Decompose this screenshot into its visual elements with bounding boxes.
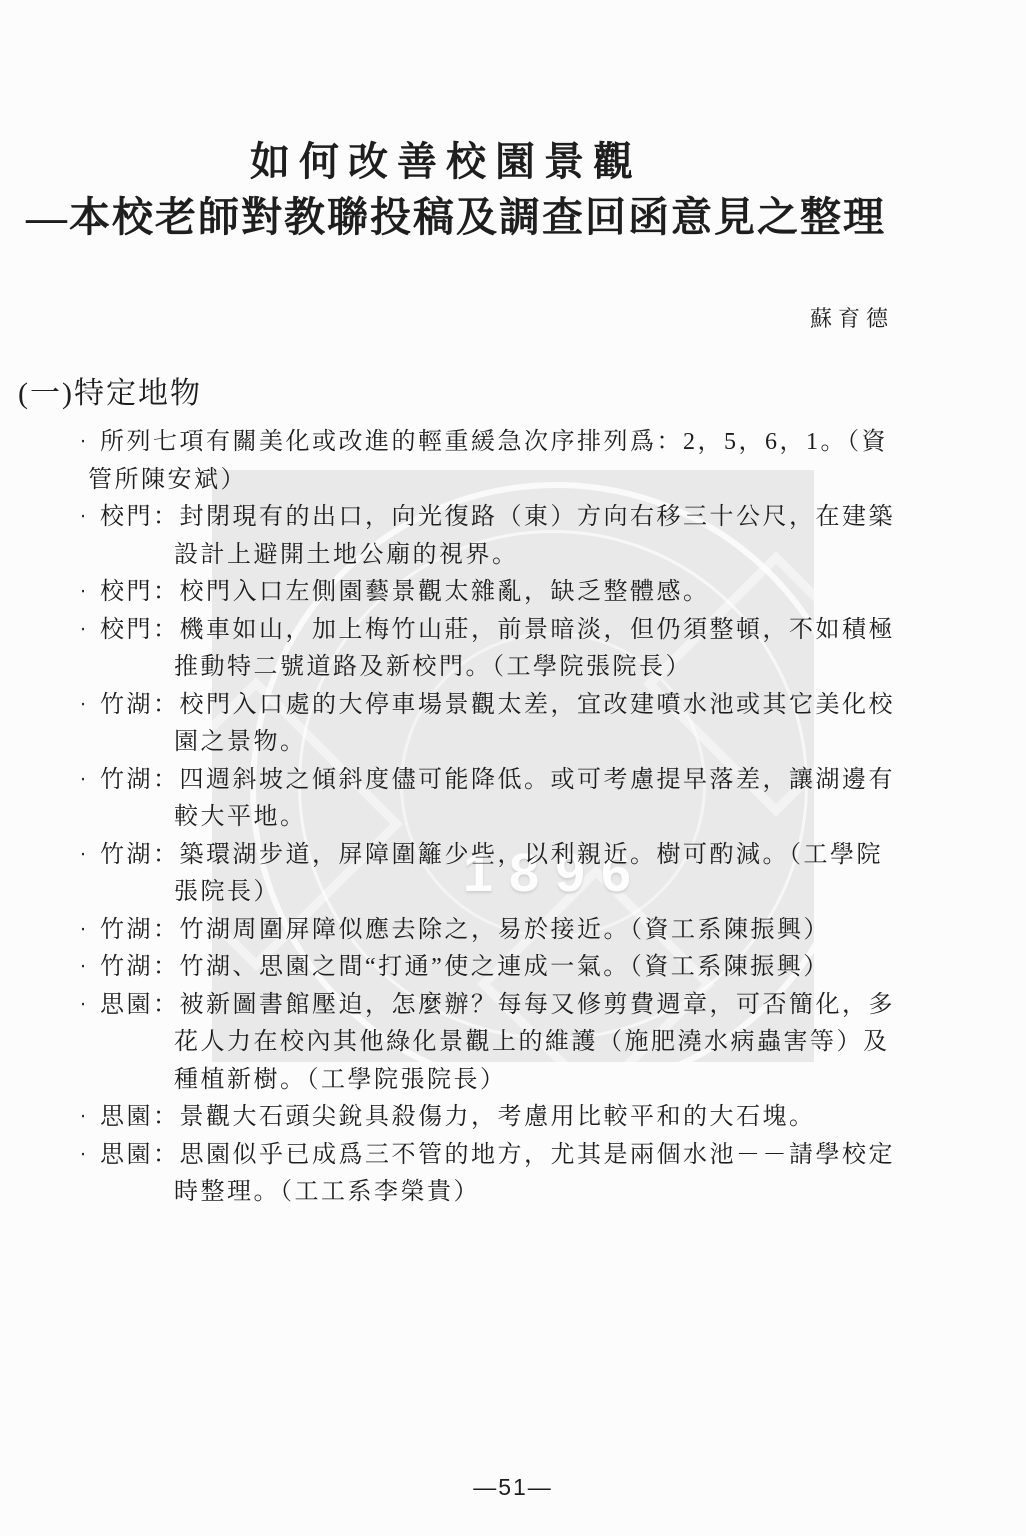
bullet-text: 校門：校門入口左側園藝景觀太雜亂，缺乏整體感。: [100, 579, 710, 605]
bullet-line: ‧校門：封閉現有的出口，向光復路（東）方向右移三十公尺，在建築: [0, 499, 1026, 537]
bullet-dot-icon: ‧: [80, 499, 100, 537]
bullet-dot-icon: ‧: [80, 1137, 100, 1175]
bullet-line: ‧校門：機車如山，加上梅竹山莊，前景暗淡，但仍須整頓，不如積極: [0, 612, 1026, 650]
bullet-text: 校門：機車如山，加上梅竹山莊，前景暗淡，但仍須整頓，不如積極: [100, 617, 895, 643]
bullet-line: ‧竹湖：竹湖、思園之間“打通”使之連成一氣。（資工系陳振興）: [0, 949, 1026, 987]
bullet-text: 竹湖：竹湖周圍屏障似應去除之，易於接近。（資工系陳振興）: [100, 917, 830, 943]
continuation-line: 設計上避開土地公廟的視界。: [0, 537, 1026, 575]
bullet-dot-icon: ‧: [80, 949, 100, 987]
page-subtitle: —本校老師對教聯投稿及調查回函意見之整理: [26, 184, 886, 243]
page-content: 如何改善校園景觀 —本校老師對教聯投稿及調查回函意見之整理 蘇育德 (一)特定地…: [0, 0, 1026, 1536]
continuation-line: 較大平地。: [0, 799, 1026, 837]
document-page: 1896 如何改善校園景觀 —本校老師對教聯投稿及調查回函意見之整理 蘇育德 (…: [0, 0, 1026, 1536]
bullet-line: ‧所列七項有關美化或改進的輕重緩急次序排列爲：2，5，6，1。（資: [0, 424, 1026, 462]
bullet-line: ‧思園：景觀大石頭尖銳具殺傷力，考慮用比較平和的大石塊。: [0, 1099, 1026, 1137]
bullet-dot-icon: ‧: [80, 762, 100, 800]
bullet-dot-icon: ‧: [80, 574, 100, 612]
bullet-text: 竹湖：校門入口處的大停車場景觀太差，宜改建噴水池或其它美化校: [100, 692, 895, 718]
continuation-line: 種植新樹。（工學院張院長）: [0, 1062, 1026, 1100]
bullet-dot-icon: ‧: [80, 987, 100, 1025]
bullet-text: 所列七項有關美化或改進的輕重緩急次序排列爲：2，5，6，1。（資: [100, 429, 888, 455]
bullet-dot-icon: ‧: [80, 1099, 100, 1137]
bullet-line: ‧校門：校門入口左側園藝景觀太雜亂，缺乏整體感。: [0, 574, 1026, 612]
body-text: ‧所列七項有關美化或改進的輕重緩急次序排列爲：2，5，6，1。（資 管所陳安斌）…: [0, 424, 1026, 1212]
bullet-line: ‧思園：被新圖書館壓迫，怎麼辦？每每又修剪費週章，可否簡化，多: [0, 987, 1026, 1025]
bullet-text: 竹湖：築環湖步道，屏障圍籬少些，以利親近。樹可酌減。（工學院: [100, 842, 883, 868]
bullet-line: ‧竹湖：築環湖步道，屏障圍籬少些，以利親近。樹可酌減。（工學院: [0, 837, 1026, 875]
continuation-line: 園之景物。: [0, 724, 1026, 762]
bullet-dot-icon: ‧: [80, 687, 100, 725]
page-title: 如何改善校園景觀: [250, 130, 642, 187]
continuation-line: 推動特二號道路及新校門。（工學院張院長）: [0, 649, 1026, 687]
continuation-line: 張院長）: [0, 874, 1026, 912]
bullet-dot-icon: ‧: [80, 912, 100, 950]
bullet-line: ‧竹湖：竹湖周圍屏障似應去除之，易於接近。（資工系陳振興）: [0, 912, 1026, 950]
bullet-line: ‧竹湖：四週斜坡之傾斜度儘可能降低。或可考慮提早落差，讓湖邊有: [0, 762, 1026, 800]
section-heading: (一)特定地物: [18, 368, 202, 412]
bullet-text: 思園：景觀大石頭尖銳具殺傷力，考慮用比較平和的大石塊。: [100, 1104, 816, 1130]
bullet-text: 竹湖：四週斜坡之傾斜度儘可能降低。或可考慮提早落差，讓湖邊有: [100, 767, 895, 793]
bullet-dot-icon: ‧: [80, 612, 100, 650]
bullet-dot-icon: ‧: [80, 424, 100, 462]
continuation-line: 管所陳安斌）: [0, 462, 1026, 500]
bullet-text: 思園：被新圖書館壓迫，怎麼辦？每每又修剪費週章，可否簡化，多: [100, 992, 895, 1018]
page-number: —51—: [0, 1474, 1026, 1501]
bullet-text: 竹湖：竹湖、思園之間“打通”使之連成一氣。（資工系陳振興）: [100, 954, 830, 980]
author-name: 蘇育德: [810, 302, 894, 333]
bullet-line: ‧竹湖：校門入口處的大停車場景觀太差，宜改建噴水池或其它美化校: [0, 687, 1026, 725]
bullet-text: 思園：思園似乎已成爲三不管的地方，尤其是兩個水池－－請學校定: [100, 1142, 895, 1168]
bullet-dot-icon: ‧: [80, 837, 100, 875]
continuation-line: 花人力在校內其他綠化景觀上的維護（施肥澆水病蟲害等）及: [0, 1024, 1026, 1062]
bullet-text: 校門：封閉現有的出口，向光復路（東）方向右移三十公尺，在建築: [100, 504, 895, 530]
continuation-line: 時整理。（工工系李榮貴）: [0, 1174, 1026, 1212]
bullet-line: ‧思園：思園似乎已成爲三不管的地方，尤其是兩個水池－－請學校定: [0, 1137, 1026, 1175]
